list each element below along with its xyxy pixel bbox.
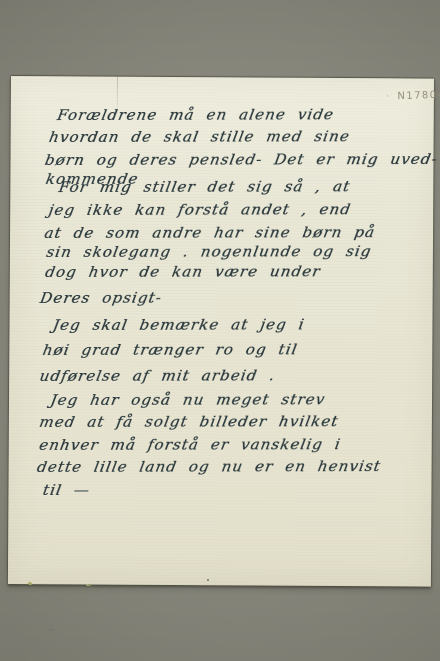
dust-speck	[182, 648, 187, 651]
dust-speck	[86, 584, 92, 587]
handwriting-line: sin skolegang . nogenlunde og sig	[45, 242, 373, 261]
dust-speck	[207, 579, 209, 581]
handwriting-line: jeg ikke kan forstå andet , end	[47, 200, 352, 219]
dust-speck	[49, 629, 53, 631]
handwriting-line: høi grad trænger ro og til	[41, 341, 299, 360]
letter-paper: N1780-2 Forældrene må en alene vide hvor…	[8, 76, 434, 587]
handwriting-line: dette lille land og nu er en henvist	[36, 457, 383, 476]
photograph-background: N1780-2 Forældrene må en alene vide hvor…	[0, 0, 440, 661]
handwriting-line: enhver må forstå er vanskelig i	[38, 435, 343, 454]
catalog-number: N1780-2	[386, 90, 440, 103]
handwriting-line: Deres opsigt-	[39, 289, 164, 307]
dust-speck	[28, 581, 33, 585]
dust-speck	[319, 590, 321, 592]
handwriting-line: med at få solgt billeder hvilket	[38, 412, 340, 431]
handwriting-line: Jeg skal bemærke at jeg i	[51, 316, 306, 335]
handwriting-line: For mig stiller det sig så , at	[57, 178, 352, 197]
handwriting-line: udførelse af mit arbeid .	[38, 367, 277, 386]
handwriting-line: at de som andre har sine børn på	[43, 223, 377, 242]
handwriting-line: børn og deres pensled- Det er mig uved-	[43, 150, 439, 169]
handwriting-line: Jeg har også nu meget strev	[49, 391, 327, 410]
handwriting-line: til —	[41, 481, 91, 499]
handwriting-line: Forældrene må en alene vide	[56, 106, 336, 125]
handwriting-line: hvordan de skal stille med sine	[48, 127, 352, 146]
handwriting-line: dog hvor de kan være under	[44, 263, 322, 282]
